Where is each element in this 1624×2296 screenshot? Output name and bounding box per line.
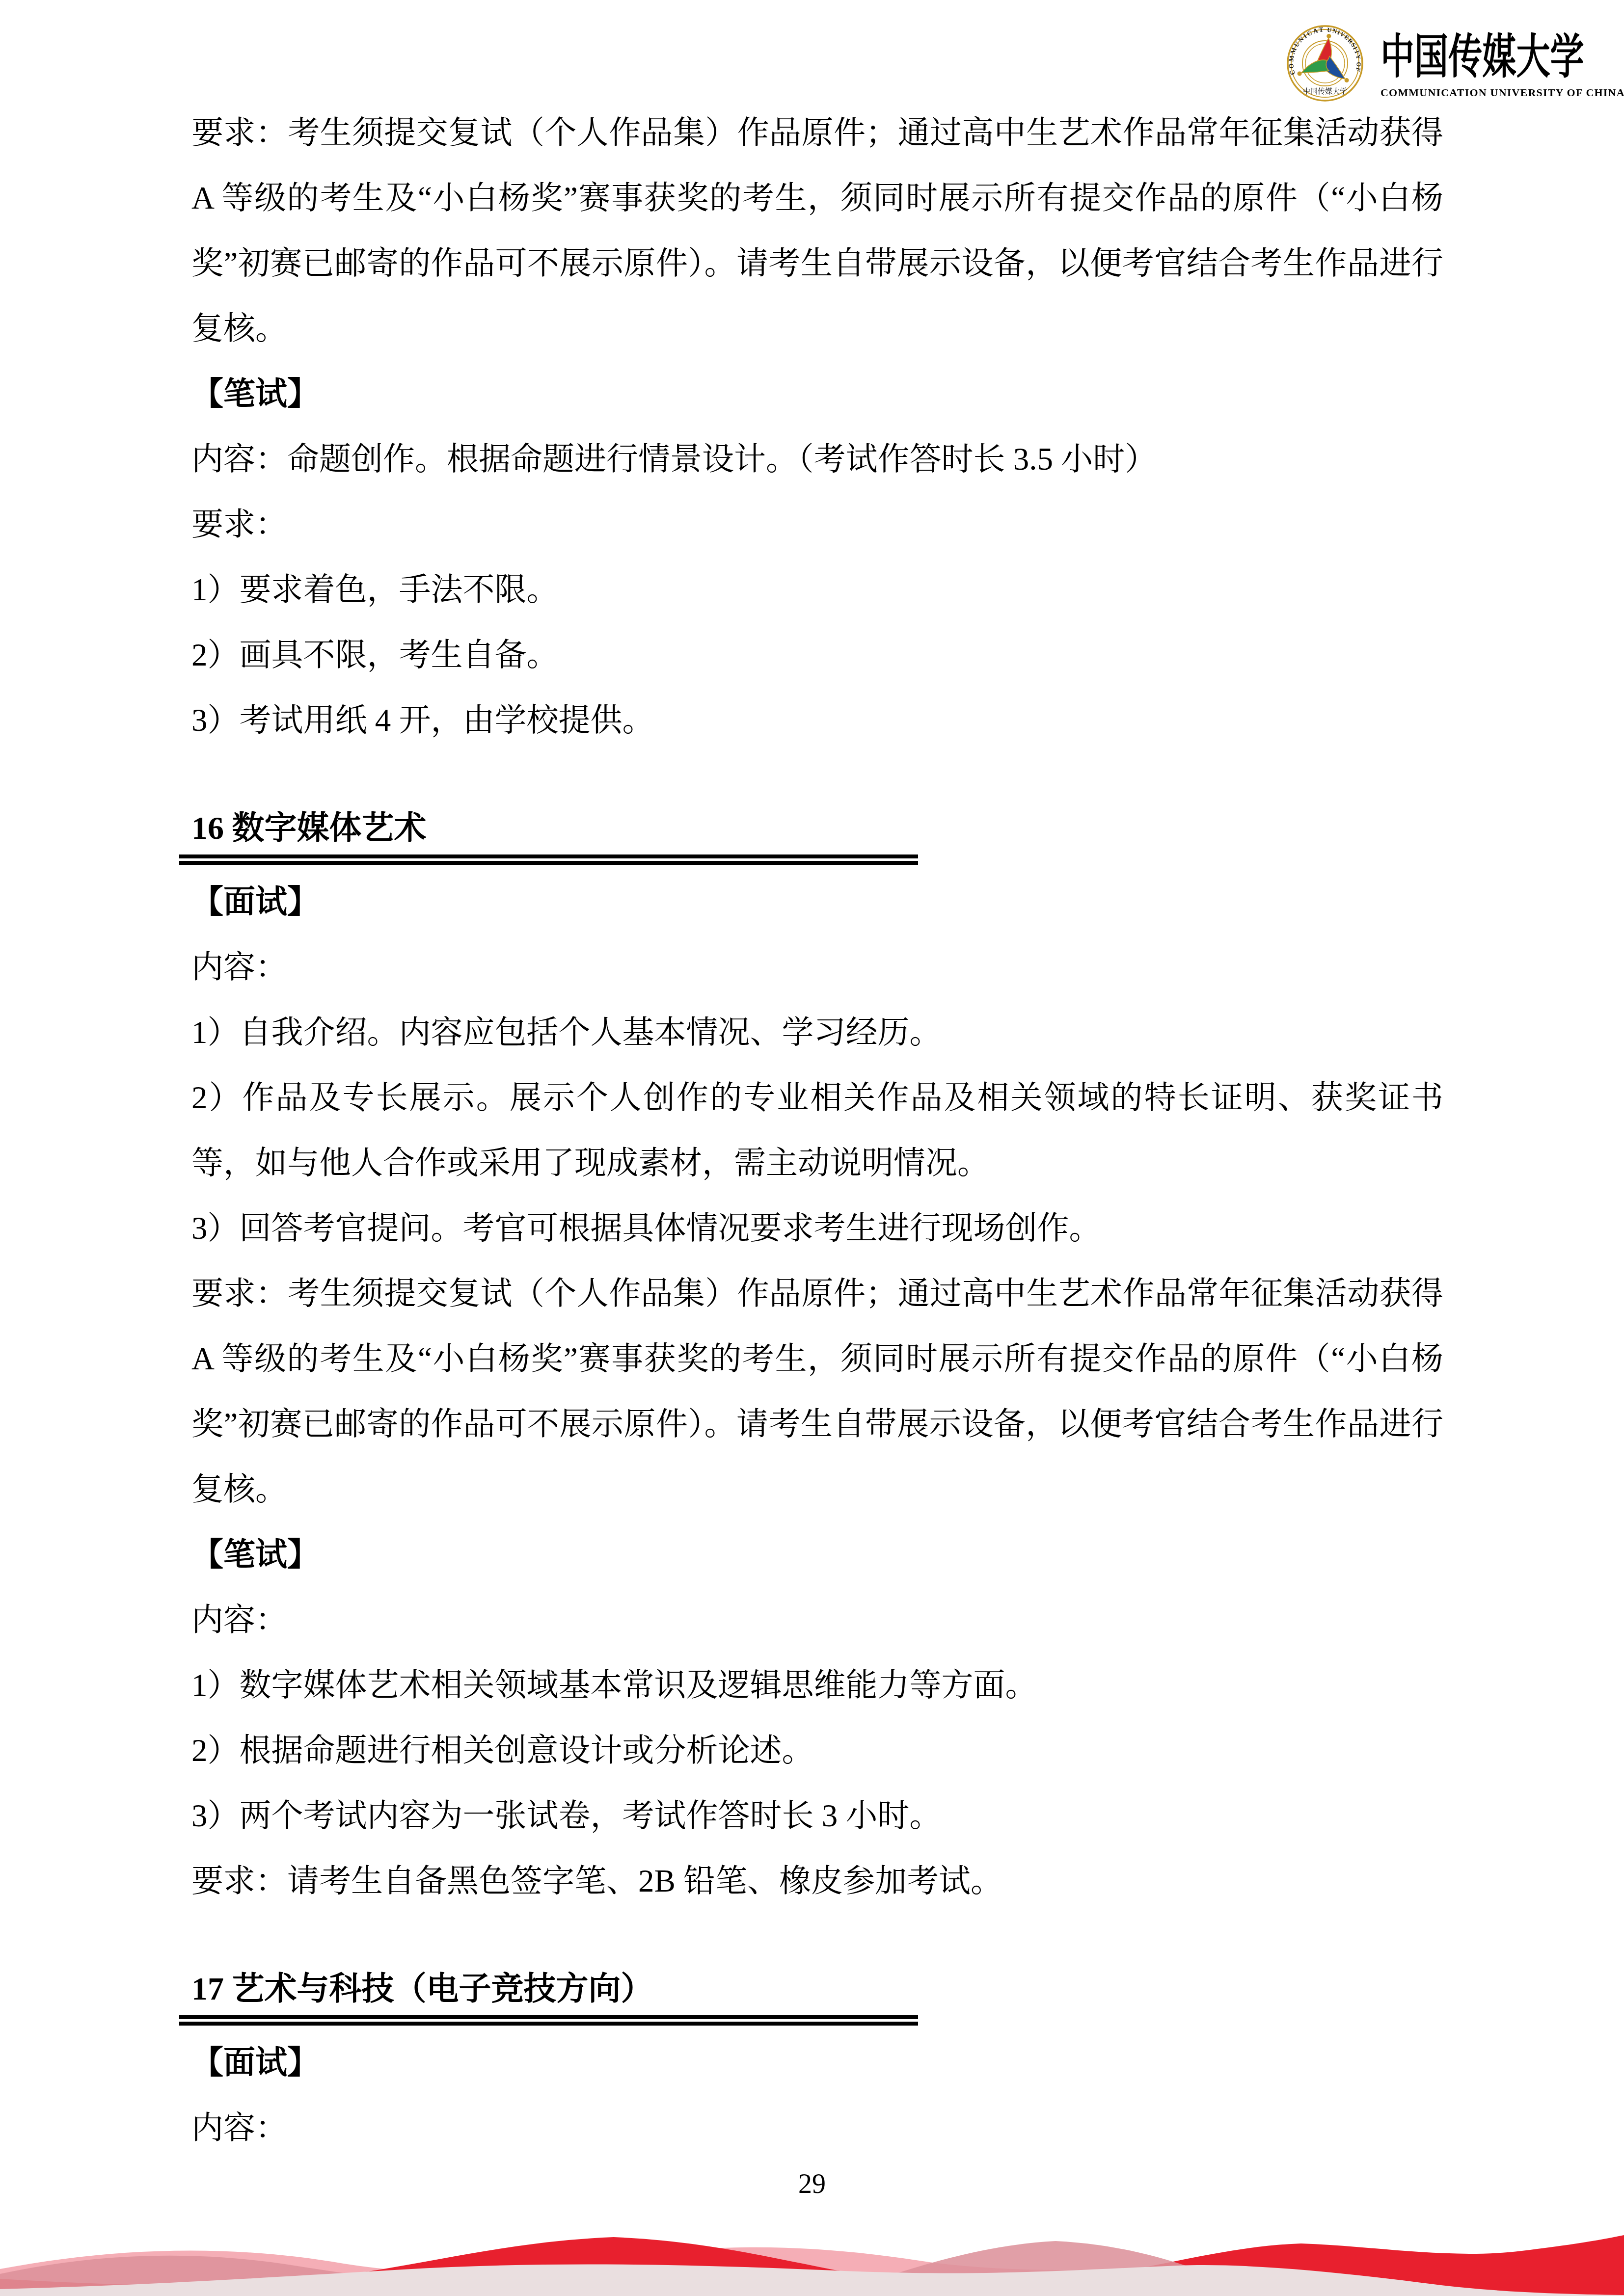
- bracket-heading-written: 【笔试】: [191, 1522, 1443, 1588]
- university-name-chinese: 中国传媒大学: [1380, 32, 1550, 82]
- page-header: COMMUNICATION UNIVERSITY OF CHINA 中国传媒大学…: [0, 0, 1624, 113]
- paragraph-requirement: 要求：考生须提交复试（个人作品集）作品原件；通过高中生艺术作品常年征集活动获得 …: [191, 1261, 1443, 1522]
- list-item-2: 2）画具不限，考生自备。: [191, 623, 1443, 688]
- paragraph-content: 内容：命题创作。根据命题进行情景设计。（考试作答时长 3.5 小时）: [191, 427, 1443, 492]
- bracket-heading-written: 【笔试】: [191, 362, 1443, 427]
- document-body: 要求：考生须提交复试（个人作品集）作品原件；通过高中生艺术作品常年征集活动获得 …: [191, 101, 1443, 2161]
- list-item-3: 3）考试用纸 4 开，由学校提供。: [191, 688, 1443, 753]
- university-seal-icon: COMMUNICATION UNIVERSITY OF CHINA 中国传媒大学: [1286, 25, 1364, 102]
- seal-bottom-text: 中国传媒大学: [1303, 87, 1347, 96]
- paragraph-requirement: 要求：考生须提交复试（个人作品集）作品原件；通过高中生艺术作品常年征集活动获得 …: [191, 101, 1443, 362]
- section-16-underline: [179, 854, 918, 865]
- section-16-title: 16 数字媒体艺术: [191, 805, 1443, 852]
- section-17-title: 17 艺术与科技（电子竞技方向）: [191, 1966, 1443, 2012]
- bracket-heading-interview: 【面试】: [191, 2030, 1443, 2096]
- list-item-1: 1）要求着色，手法不限。: [191, 558, 1443, 623]
- list-item-1: 1）数字媒体艺术相关领域基本常识及逻辑思维能力等方面。: [191, 1653, 1443, 1718]
- list-item-2: 2）根据命题进行相关创意设计或分析论述。: [191, 1718, 1443, 1784]
- paragraph-content-label: 内容：: [191, 935, 1443, 1000]
- list-item-3: 3）回答考官提问。考官可根据具体情况要求考生进行现场创作。: [191, 1196, 1443, 1261]
- list-item-1: 1）自我介绍。内容应包括个人基本情况、学习经历。: [191, 1000, 1443, 1066]
- paragraph-requirement-label: 要求：: [191, 492, 1443, 558]
- footer-wave-decoration: [0, 2173, 1624, 2296]
- section-17-underline: [179, 2015, 918, 2026]
- paragraph-content-label: 内容：: [191, 1588, 1443, 1653]
- bracket-heading-interview: 【面试】: [191, 870, 1443, 935]
- paragraph-requirement: 要求：请考生自备黑色签字笔、2B 铅笔、橡皮参加考试。: [191, 1849, 1443, 1914]
- list-item-2: 2）作品及专长展示。展示个人创作的专业相关作品及相关领域的特长证明、获奖证书等，…: [191, 1066, 1443, 1196]
- section-17: 17 艺术与科技（电子竞技方向）: [191, 1966, 1443, 2026]
- paragraph-content-label: 内容：: [191, 2096, 1443, 2161]
- list-item-3: 3）两个考试内容为一张试卷，考试作答时长 3 小时。: [191, 1784, 1443, 1849]
- section-16: 16 数字媒体艺术: [191, 805, 1443, 865]
- university-name-english: COMMUNICATION UNIVERSITY OF CHINA: [1380, 86, 1616, 99]
